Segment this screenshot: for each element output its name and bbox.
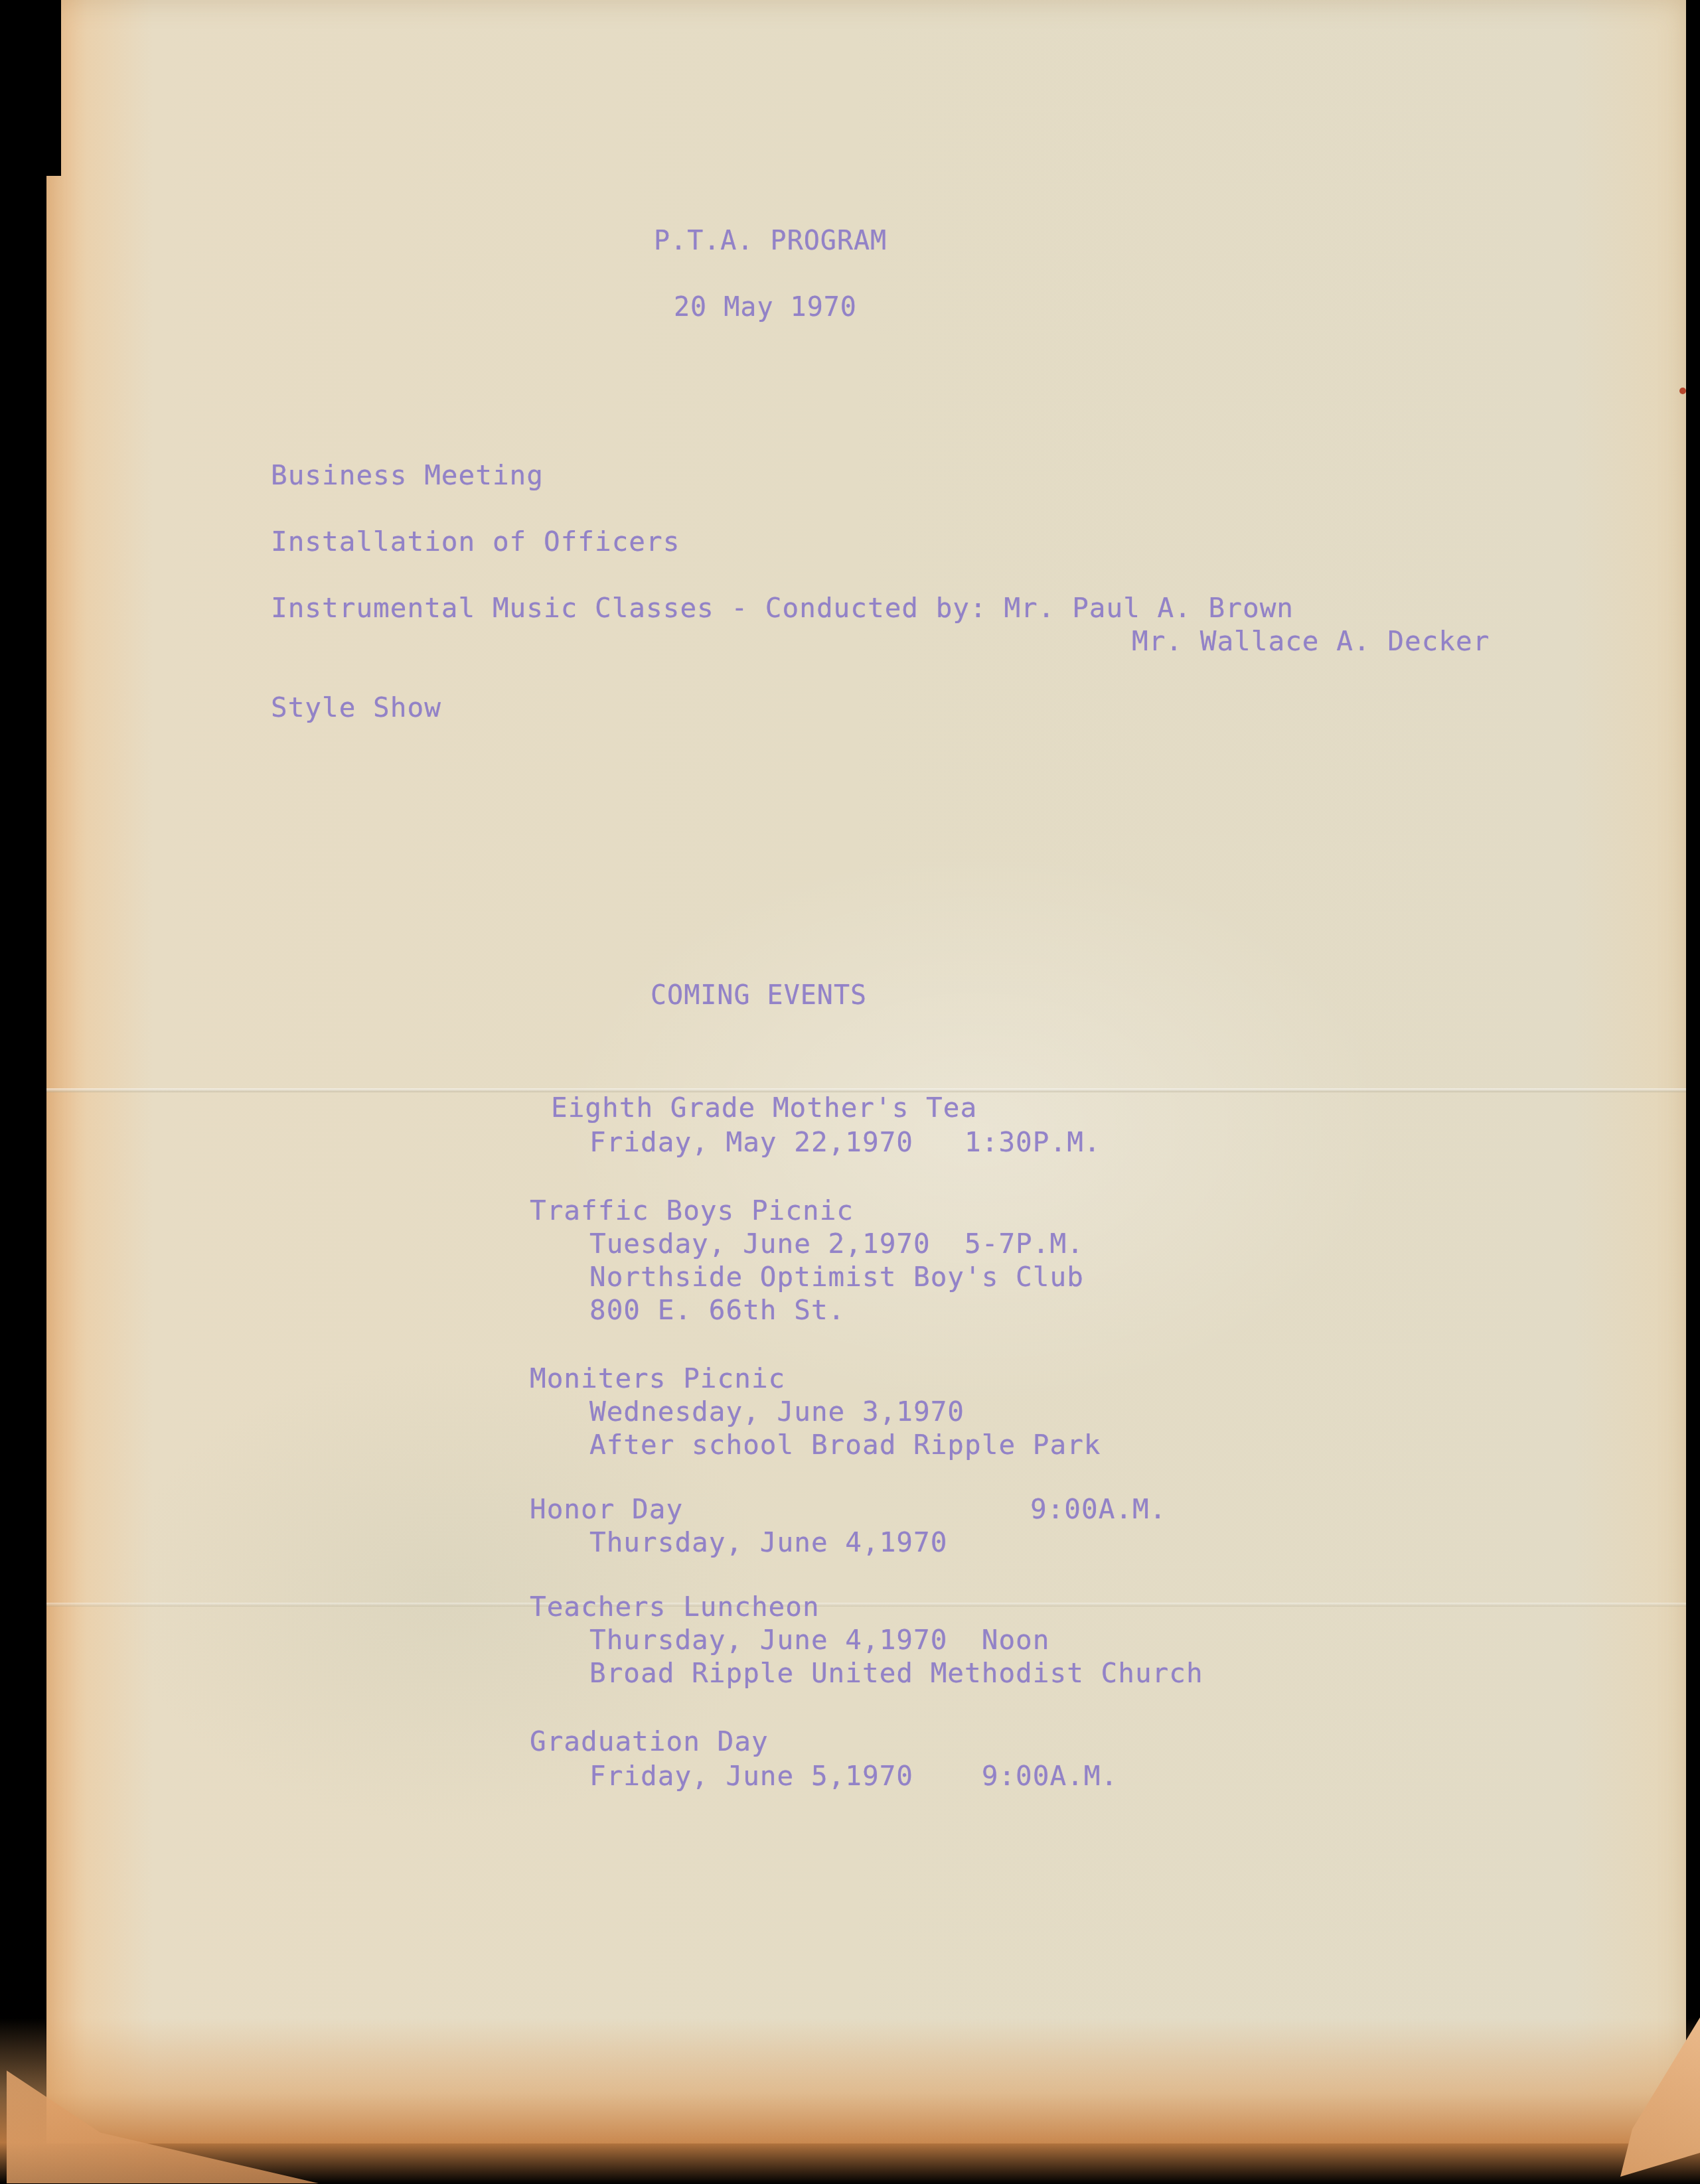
document-page <box>46 0 1686 2144</box>
program-item: Installation of Officers <box>271 526 680 557</box>
fold-crease <box>46 1603 1686 1607</box>
event-detail: Thursday, June 4,1970 Noon <box>589 1624 1049 1656</box>
program-item-continuation: Mr. Wallace A. Decker <box>1132 625 1490 657</box>
event-time: 9:00A.M. <box>1030 1493 1166 1525</box>
event-detail: 800 E. 66th St. <box>589 1294 845 1326</box>
event-name: Traffic Boys Picnic <box>530 1195 854 1226</box>
event-name: Eighth Grade Mother's Tea <box>551 1092 977 1124</box>
event-name: Graduation Day <box>530 1725 769 1757</box>
event-detail: Wednesday, June 3,1970 <box>589 1396 965 1427</box>
stain-spot <box>1679 388 1686 394</box>
event-detail: Broad Ripple United Methodist Church <box>589 1657 1203 1689</box>
event-name: Moniters Picnic <box>530 1362 785 1394</box>
event-name: Teachers Luncheon <box>530 1591 820 1623</box>
torn-corner <box>0 0 61 176</box>
damaged-bottom-edge <box>0 2018 1700 2184</box>
document-title: P.T.A. PROGRAM <box>654 226 887 256</box>
event-detail: Thursday, June 4,1970 <box>589 1526 947 1558</box>
event-detail: Northside Optimist Boy's Club <box>589 1261 1084 1293</box>
event-detail: Tuesday, June 2,1970 5-7P.M. <box>589 1228 1084 1260</box>
document-date: 20 May 1970 <box>674 292 857 323</box>
program-item: Instrumental Music Classes - Conducted b… <box>271 592 1294 624</box>
coming-events-heading: COMING EVENTS <box>651 980 867 1011</box>
event-detail: After school Broad Ripple Park <box>589 1429 1101 1461</box>
program-item: Style Show <box>271 692 441 723</box>
program-item: Business Meeting <box>271 459 544 491</box>
event-name: Honor Day <box>530 1493 683 1525</box>
event-detail: Friday, May 22,1970 1:30P.M. <box>589 1126 1101 1158</box>
event-detail: Friday, June 5,1970 9:00A.M. <box>589 1760 1118 1792</box>
